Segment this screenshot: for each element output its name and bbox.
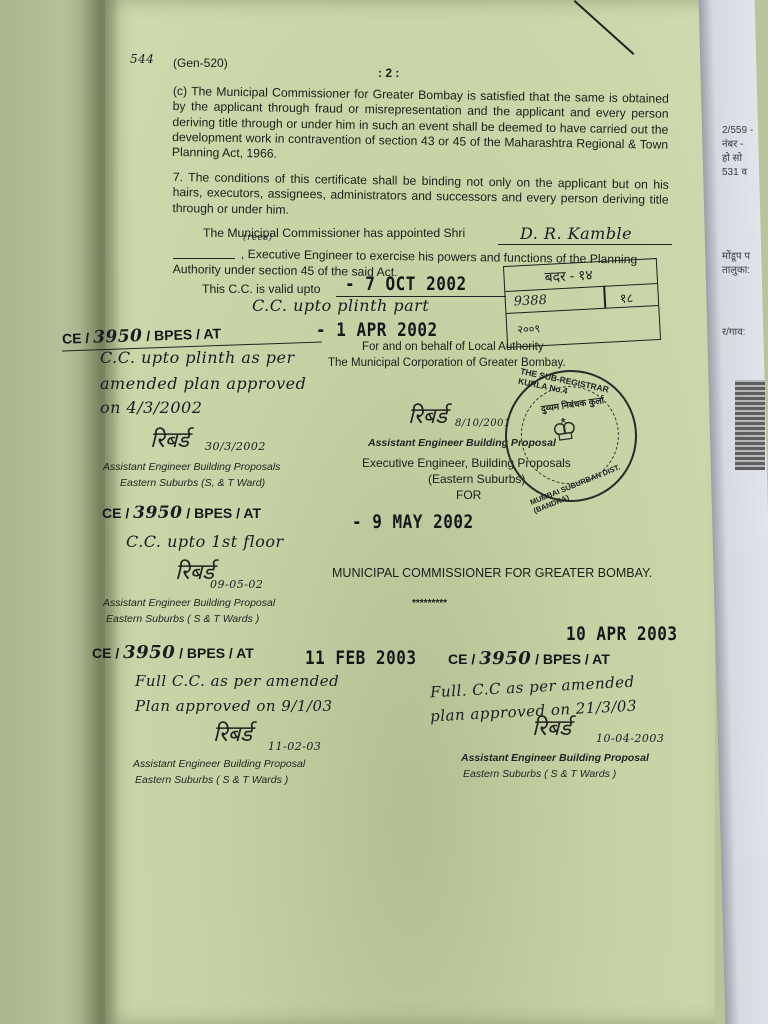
e2-sign-date: 8/10/2001 (455, 418, 511, 429)
e5-ref: CE / 3950 / BPES / AT (448, 648, 610, 669)
e1-date: - 1 APR 2002 (316, 319, 438, 341)
e1-sign-date: 30/3/2002 (205, 440, 266, 453)
e1-title-1: Assistant Engineer Building Proposals (103, 461, 280, 474)
side-text-6: तालुका: (722, 264, 750, 278)
clause-c: (c) The Municipal Commissioner for Great… (172, 84, 669, 168)
e3-note-1: C.C. upto 1st floor (126, 532, 284, 551)
e2-title-ee-2: (Eastern Suburbs) (428, 472, 525, 488)
e1-signature: रिबर्ड (150, 424, 189, 454)
registry-header: बदर - १४ (544, 265, 593, 286)
e1-note-2: C.C. upto plinth as per (100, 348, 295, 367)
e4-note-1: Full C.C. as per amended (135, 672, 339, 690)
registry-year: २००९ (517, 321, 541, 337)
registry-sheet: १८ (619, 288, 633, 307)
e4-date: 11 FEB 2003 (305, 647, 416, 669)
e3-ref: CE / 3950 / BPES / AT (102, 503, 261, 523)
clause-7: 7. The conditions of this certificate sh… (172, 170, 669, 224)
registry-number: 9388 (513, 293, 547, 310)
e4-title-1: Assistant Engineer Building Proposal (133, 758, 305, 771)
e4-ref: CE / 3950 / BPES / AT (92, 642, 254, 663)
e3-sign-date: 09-05-02 (210, 578, 263, 591)
side-text-1: 2/559 - (722, 124, 753, 138)
e1-note-4: on 4/3/2002 (100, 398, 202, 417)
e5-signature: रिबर्ड (532, 712, 571, 742)
e5-title-1: Assistant Engineer Building Proposal (461, 752, 649, 765)
e3-title-2: Eastern Suburbs ( S & T Wards ) (106, 613, 259, 626)
registry-box: बदर - १४ 9388 १८ २००९ (503, 258, 661, 348)
side-text-4: 531 व (722, 166, 747, 180)
e1-title-2: Eastern Suburbs (S, & T Ward) (120, 477, 265, 490)
emblem-icon: ♔ (549, 411, 581, 449)
appointee-note: (rees) (243, 233, 273, 243)
e2-for: FOR (456, 488, 481, 504)
e3-signature: रिबर्ड (175, 556, 214, 586)
side-stamp-mark (735, 380, 765, 470)
name-underline (498, 244, 672, 245)
e4-sign-date: 11-02-03 (268, 740, 321, 753)
e5-date: 10 APR 2003 (566, 623, 677, 645)
e3-date: - 9 MAY 2002 (352, 511, 474, 533)
e4-note-2: Plan approved on 9/1/03 (135, 697, 333, 715)
e3-title-1: Assistant Engineer Building Proposal (103, 597, 275, 610)
e4-signature: रिबर्ड (213, 718, 252, 748)
separator: ********* (412, 596, 447, 612)
margin-note: 544 (130, 52, 154, 66)
side-text-3: हो सो (722, 152, 742, 166)
side-text-5: मोंडूप प (722, 250, 750, 264)
authority-line-1: For and on behalf of Local Authority (362, 340, 544, 356)
valid-upto-date: - 7 OCT 2002 (345, 273, 467, 295)
e5-title-2: Eastern Suburbs ( S & T Wards ) (463, 768, 616, 781)
commissioner-title: MUNICIPAL COMMISSIONER FOR GREATER BOMBA… (332, 566, 652, 582)
form-code: (Gen-520) (173, 56, 228, 72)
e5-sign-date: 10-04-2003 (596, 732, 664, 745)
e1-note-3: amended plan approved (100, 374, 306, 393)
side-text-7: र/गाव: (722, 326, 745, 340)
e1-note-1: C.C. upto plinth part (252, 296, 429, 315)
e4-title-2: Eastern Suburbs ( S & T Wards ) (135, 774, 288, 787)
side-text-2: नंबर - (722, 138, 743, 152)
appointee-name: D. R. Kamble (520, 224, 632, 243)
e2-signature: रिबर्ड (408, 400, 447, 430)
page-marker: : 2 : (378, 66, 399, 82)
